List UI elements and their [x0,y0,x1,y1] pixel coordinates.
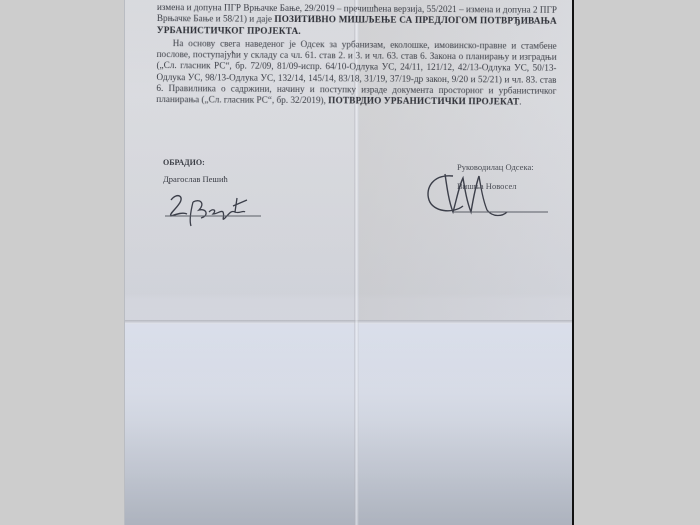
signature-block-left: ОБРАДИО: Драгослав Пешић [163,158,283,184]
paper-sheet: измена и допуна ПГР Врњачке Бање, 29/201… [125,0,573,525]
body-bold-confirmed: ПОТВРДИО [328,96,381,106]
body-bold-project: УРБАНИСТИЧКИ ПРОЈЕКАТ [384,96,519,107]
document-photo: измена и допуна ПГР Врњачке Бање, 29/201… [124,0,574,525]
horizontal-fold-line [125,320,573,324]
body-paragraph: На основу свега наведеног је Одсек за ур… [156,38,556,109]
signature-right-icon [423,168,553,228]
processed-by-label: ОБРАДИО: [163,158,283,167]
processed-by-name: Драгослав Пешић [163,174,283,184]
body-end: . [519,97,521,107]
header-line-1: измена и допуна ПГР Врњачке Бање, 29/201… [157,2,501,14]
image-viewer: измена и допуна ПГР Врњачке Бање, 29/201… [0,0,700,525]
signature-left-icon [165,190,265,230]
document-text: измена и допуна ПГР Врњачке Бање, 29/201… [156,2,557,108]
lower-panel-tint [125,324,573,525]
header-paragraph: измена и допуна ПГР Врњачке Бање, 29/201… [157,2,557,39]
